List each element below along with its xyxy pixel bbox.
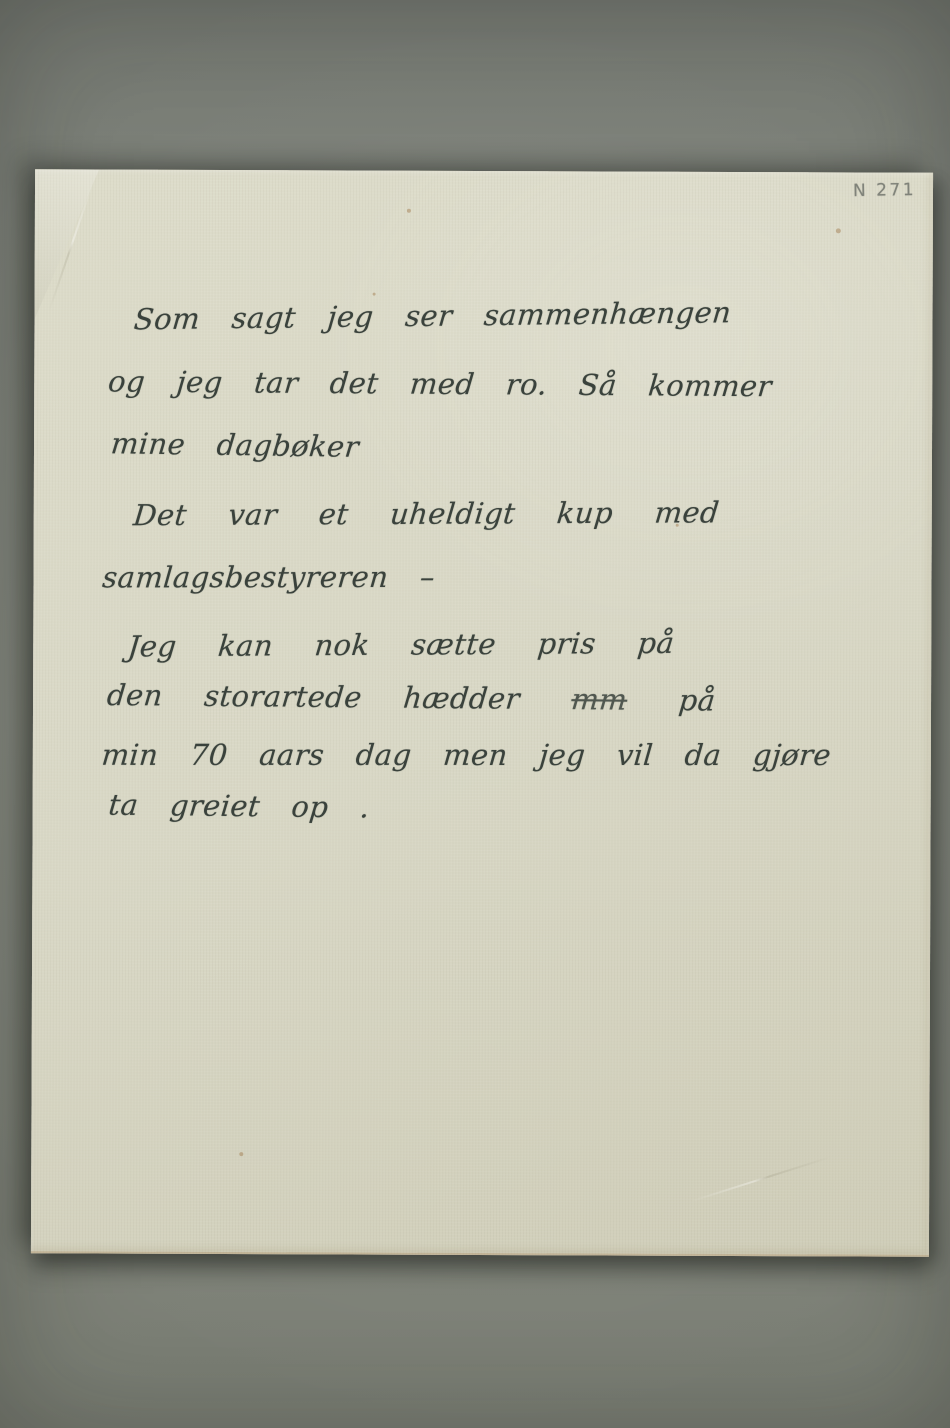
handwritten-line-5: samlagsbestyreren –: [101, 560, 436, 594]
archival-mark: N 271: [853, 180, 916, 201]
foxing-speck: [407, 209, 411, 213]
foxing-speck: [373, 293, 376, 296]
handwritten-line-6: Jeg kan nok sætte pris på: [126, 626, 676, 664]
handwritten-line-7-post: på: [677, 683, 717, 717]
handwritten-line-1: Som sagt jeg ser sammenhængen: [132, 295, 732, 336]
handwritten-line-7: den storartede hædder mm på: [106, 678, 718, 718]
foxing-speck: [836, 228, 841, 233]
handwritten-line-7-pre: den storartede hædder: [106, 678, 522, 716]
handwritten-line-8: min 70 aars dag men jeg vil da gjøre: [100, 738, 832, 772]
handwritten-line-2: og jeg tar det med ro. Så kommer: [107, 364, 774, 403]
paper-crease-bottom-right: [690, 1156, 832, 1203]
handwritten-line-3: mine dagbøker: [109, 426, 360, 464]
handwritten-line-4: Det var et uheldigt kup med: [132, 495, 721, 532]
foxing-speck: [239, 1152, 243, 1156]
struck-word: mm: [570, 682, 629, 716]
handwritten-line-9: ta greiet op .: [107, 788, 371, 825]
manuscript-page: N 271 Som sagt jeg ser sammenhængen og j…: [31, 169, 933, 1256]
